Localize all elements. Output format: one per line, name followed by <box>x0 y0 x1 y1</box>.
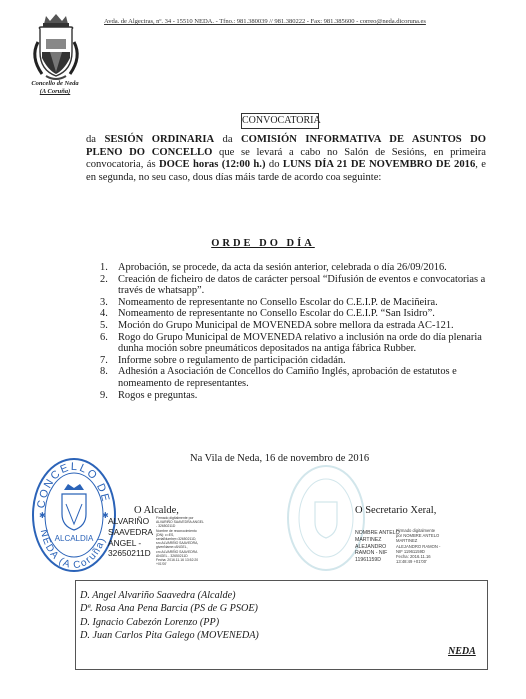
intro-text: convocatoria, ás <box>86 159 159 170</box>
alcalde-digital-signature-details: Firmado digitalmente por ALVARIÑO SAAVED… <box>156 516 208 566</box>
secretario-label: O Secretario Xeral, <box>355 505 436 516</box>
agenda-item: 9.Rogos e preguntas. <box>100 390 500 402</box>
intro-bold-text: COMISIÓN INFORMATIVA DE ASUNTOS DO <box>241 134 486 145</box>
agenda-item-text: Rogo do Grupo Municipal de MOVENEDA rela… <box>118 332 482 355</box>
intro-paragraph: da SESIÓN ORDINARIA da COMISIÓN INFORMAT… <box>86 134 486 184</box>
secretario-digital-signature-details: Firmado digitalmente por NOMBRE ANTELO M… <box>396 528 440 564</box>
logo-caption-line: (A Coruña) <box>22 88 88 96</box>
agenda-item-number: 3. <box>100 297 108 309</box>
agenda-item-text: Creación de ficheiro de datos de carácte… <box>118 274 485 297</box>
agenda-item: 3.Nomeamento de representante no Consell… <box>100 297 500 309</box>
agenda-title: ORDE DO DÍA <box>0 238 526 249</box>
document-title: CONVOCATORIA <box>241 113 319 129</box>
intro-bold-text: LUNS DÍA 21 DE NOVEMBRO DE 2016 <box>283 159 475 170</box>
agenda-item-number: 4. <box>100 308 108 320</box>
recipients-list: D. Angel Alvariño Saavedra (Alcalde) Dª.… <box>80 589 259 643</box>
intro-bold-text: SESIÓN ORDINARIA <box>104 134 214 145</box>
agenda-item-number: 8. <box>100 366 108 378</box>
intro-text: , e <box>475 159 486 170</box>
agenda-item-text: Nomeamento de representante no Consello … <box>118 308 435 319</box>
svg-text:ALCALDIA: ALCALDIA <box>55 534 94 543</box>
intro-bold-text: PLENO DO CONCELLO <box>86 147 212 158</box>
intro-text: da <box>214 134 241 145</box>
intro-text: en segunda, no seu caso, dous días máis … <box>86 172 381 183</box>
intro-line: en segunda, no seu caso, dous días máis … <box>86 172 486 185</box>
alcalde-label: O Alcalde, <box>134 505 179 516</box>
recipients-footer: NEDA <box>448 646 476 657</box>
logo-caption-line: Concello de Neda <box>22 80 88 88</box>
agenda-item-number: 5. <box>100 320 108 332</box>
alcaldia-stamp-icon: CONCELLO DE NEDA (A Coruña) ALCALDIA ✱ ✱ <box>30 456 118 574</box>
agenda-item: 1.Aprobación, se procede, da acta da ses… <box>100 262 500 274</box>
agenda-item-number: 1. <box>100 262 108 274</box>
agenda-item-text: Adhesión a Asociación de Concellos do Ca… <box>118 366 457 389</box>
agenda-item-number: 7. <box>100 355 108 367</box>
intro-line: PLENO DO CONCELLO que se levará a cabo n… <box>86 147 486 160</box>
agenda-item: 2.Creación de ficheiro de datos de carác… <box>100 274 500 297</box>
alcalde-digital-signature-name: ALVARIÑO SAAVEDRA ANGEL - 32650211D <box>108 516 153 559</box>
agenda-list: 1.Aprobación, se procede, da acta da ses… <box>100 262 500 401</box>
intro-line: da SESIÓN ORDINARIA da COMISIÓN INFORMAT… <box>86 134 486 147</box>
agenda-item: 7.Informe sobre o regulamento de partici… <box>100 355 500 367</box>
recipient: D. Angel Alvariño Saavedra (Alcalde) <box>80 589 259 602</box>
header-contact-info: Avda. de Algeciras, nº. 34 - 15510 NEDA.… <box>104 18 426 25</box>
intro-text: do <box>265 159 282 170</box>
recipient: D. Juan Carlos Pita Galego (MOVENEDA) <box>80 629 259 642</box>
secretario-digital-signature-name: NOMBRE ANTELO MARTINEZ ALEJANDRO RAMON -… <box>355 530 400 564</box>
agenda-item-text: Informe sobre o regulamento de participa… <box>118 355 346 366</box>
agenda-item-number: 6. <box>100 332 108 344</box>
agenda-item: 4.Nomeamento de representante no Consell… <box>100 308 500 320</box>
logo-caption: Concello de Neda (A Coruña) <box>22 80 88 96</box>
svg-text:CONCELLO DE: CONCELLO DE <box>35 461 111 509</box>
intro-text: da <box>86 134 104 145</box>
recipient: Dª. Rosa Ana Pena Barcia (PS de G PSOE) <box>80 602 259 615</box>
agenda-item-number: 9. <box>100 390 108 402</box>
intro-text: que se levará a cabo no Salón de Sesións… <box>212 147 486 158</box>
intro-line: convocatoria, ás DOCE horas (12:00 h.) d… <box>86 159 486 172</box>
agenda-item: 6.Rogo do Grupo Municipal de MOVENEDA re… <box>100 332 500 355</box>
agenda-item-text: Aprobación, se procede, da acta da sesió… <box>118 262 447 273</box>
agenda-item-text: Rogos e preguntas. <box>118 390 197 401</box>
svg-text:✱: ✱ <box>39 511 46 520</box>
agenda-item-text: Nomeamento de representante no Consello … <box>118 297 438 308</box>
agenda-item-text: Moción do Grupo Municipal de MOVENEDA so… <box>118 320 454 331</box>
intro-bold-text: DOCE horas (12:00 h.) <box>159 159 265 170</box>
recipient: D. Ignacio Cabezón Lorenzo (PP) <box>80 616 259 629</box>
agenda-item-number: 2. <box>100 274 108 286</box>
agenda-item: 8.Adhesión a Asociación de Concellos do … <box>100 366 500 389</box>
agenda-item: 5.Moción do Grupo Municipal de MOVENEDA … <box>100 320 500 332</box>
